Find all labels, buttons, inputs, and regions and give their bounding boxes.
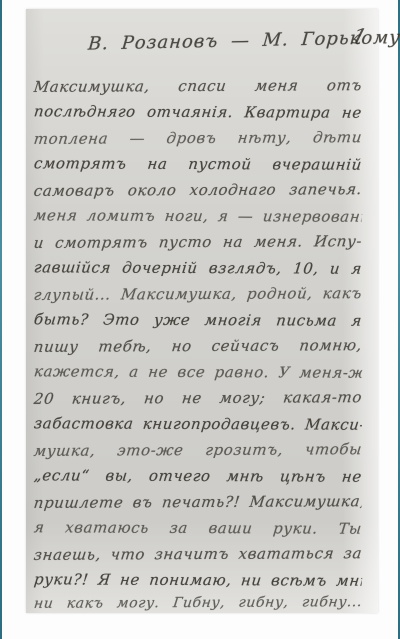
letter-line: послѣдняго отчаянія. Квартира не bbox=[33, 98, 364, 125]
letter-line: ни какъ могу. Гибну, гибну, гибну... bbox=[33, 592, 364, 616]
left-scan-edge bbox=[0, 0, 2, 639]
letter-line: мушка, это-же грозитъ, чтобы bbox=[32, 436, 363, 464]
letter-line: глупый... Максимушка, родной, какъ bbox=[32, 280, 363, 308]
letter-line: забастовка книгопродавцевъ. Макси- bbox=[33, 410, 364, 437]
letter-line: Максимушка, спаси меня отъ bbox=[32, 72, 363, 100]
letter-line: топлена — дровъ нѣту, дѣти bbox=[32, 124, 363, 152]
letter-line: самоваръ около холоднаго запечья. bbox=[32, 176, 363, 204]
letter-line: знаешь, что значитъ хвататься за bbox=[32, 540, 363, 568]
scanned-letter-page: В. Розановъ — М. Горькому. 1 Максимушка,… bbox=[26, 9, 378, 613]
letter-line: пишу тебѣ, но сейчасъ помню, bbox=[32, 332, 363, 360]
letter-line: меня ломитъ ноги, я — изнервованный bbox=[33, 202, 364, 229]
letter-line: пришлете въ печать?! Максимушка, bbox=[32, 488, 363, 516]
letter-line: быть? Это уже многія письма я bbox=[33, 306, 364, 333]
letter-line: я хватаюсь за ваши руки. Ты bbox=[33, 514, 364, 541]
letter-line: 20 книгъ, но не могу; какая-то bbox=[32, 384, 363, 412]
letter-line: руки?! Я не понимаю, ни всѣмъ мнѣ, bbox=[33, 566, 364, 593]
letter-line: „если“ вы, отчего мнѣ цѣнъ не bbox=[33, 462, 364, 489]
letter-line: и смотрятъ пусто на меня. Испу- bbox=[32, 228, 363, 256]
letter-line: смотрятъ на пустой вчерашній bbox=[33, 150, 364, 177]
letter-body: Максимушка, спаси меня отъпослѣдняго отч… bbox=[34, 73, 362, 609]
letter-line: кажется, а не все равно. У меня-же bbox=[33, 358, 364, 385]
letter-line: гавшійся дочерній взглядъ, 10, и я bbox=[33, 254, 364, 281]
letter-heading: В. Розановъ — М. Горькому. bbox=[87, 28, 333, 54]
